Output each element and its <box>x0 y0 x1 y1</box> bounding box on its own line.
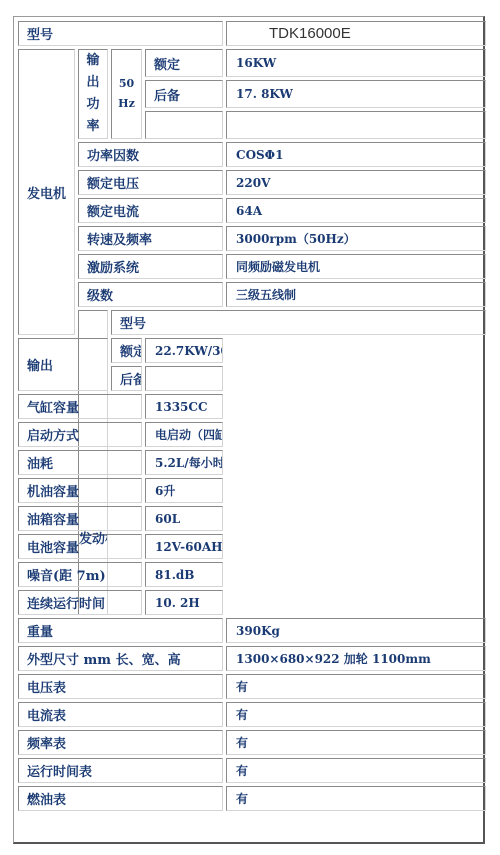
row-gen-rated: 发电机 输 出 功 率 50 Hz 额定 16KW <box>18 49 489 77</box>
gen-rated-label: 额定 <box>145 49 223 77</box>
engine-spec-value: 60L <box>145 506 223 531</box>
general-label: 外型尺寸 mm 长、宽、高 <box>18 646 223 671</box>
frequency-label: 50 Hz <box>111 49 142 139</box>
engine-spec-value: 10. 2H <box>145 590 223 615</box>
engine-spec-value: 电启动（四缸日本进口久保田水冷发动机） <box>145 422 223 447</box>
general-value: 有 <box>226 758 486 783</box>
general-label: 电压表 <box>18 674 223 699</box>
row-gen-spec: 转速及频率 3000rpm（50Hz） <box>18 226 489 251</box>
row-gen-spec: 功率因数 COSΦ1 <box>18 142 489 167</box>
row-engine-spec: 机油容量 6升 <box>18 478 489 503</box>
output-power-char: 率 <box>79 116 107 138</box>
row-general: 外型尺寸 mm 长、宽、高 1300×680×922 加轮 1100mm <box>18 646 489 671</box>
gen-spec-label: 额定电压 <box>78 170 223 195</box>
spec-table: 型号 TDK16000E 发电机 输 出 功 率 50 Hz 额定 16KW 后… <box>15 18 492 814</box>
row-model: 型号 TDK16000E <box>18 21 489 46</box>
row-general: 燃油表 有 <box>18 786 489 811</box>
row-general: 重量 390Kg <box>18 618 489 643</box>
engine-spec-label: 机油容量 <box>18 478 142 503</box>
row-gen-spec: 额定电流 64A <box>18 198 489 223</box>
row-engine-spec: 连续运行时间 10. 2H <box>18 590 489 615</box>
engine-spec-label: 油耗 <box>18 450 142 475</box>
gen-spec-label: 激励系统 <box>78 254 223 279</box>
row-general: 电流表 有 <box>18 702 489 727</box>
row-engine-spec: 气缸容量 1335CC <box>18 394 489 419</box>
gen-spec-label: 额定电流 <box>78 198 223 223</box>
general-value: 有 <box>226 786 486 811</box>
output-power-label: 输 出 功 率 <box>78 49 108 139</box>
general-label: 燃油表 <box>18 786 223 811</box>
gen-spec-value: 3000rpm（50Hz） <box>226 226 486 251</box>
row-engine-spec: 油耗 5.2L/每小时（全负载） <box>18 450 489 475</box>
output-power-char: 功 <box>79 94 107 116</box>
gen-standby-value: 17. 8KW <box>226 80 486 108</box>
engine-standby-value <box>145 366 223 391</box>
engine-spec-label: 气缸容量 <box>18 394 142 419</box>
engine-spec-value: 1335CC <box>145 394 223 419</box>
row-gen-spec: 级数 三级五线制 <box>18 282 489 307</box>
general-value: 有 <box>226 674 486 699</box>
engine-rated-value: 22.7KW/30.4PS -3000rpm <box>145 338 223 363</box>
engine-standby-label: 后备 <box>111 366 142 391</box>
gen-standby-label: 后备 <box>145 80 223 108</box>
general-value: 有 <box>226 730 486 755</box>
gen-spec-label: 级数 <box>78 282 223 307</box>
row-general: 运行时间表 有 <box>18 758 489 783</box>
engine-rated-label: 额定 <box>111 338 142 363</box>
gen-spec-value: 220V <box>226 170 486 195</box>
gen-spec-label: 功率因数 <box>78 142 223 167</box>
row-gen-spec: 激励系统 同频励磁发电机 <box>18 254 489 279</box>
frequency-unit: Hz <box>112 94 141 114</box>
engine-spec-value: 12V-60AH <box>145 534 223 559</box>
gen-spec-value: 同频励磁发电机 <box>226 254 486 279</box>
gen-rated-value: 16KW <box>226 49 486 77</box>
spec-table-frame: 型号 TDK16000E 发电机 输 出 功 率 50 Hz 额定 16KW 后… <box>13 16 485 844</box>
engine-spec-value: 6升 <box>145 478 223 503</box>
gen-blank-label <box>145 111 223 139</box>
general-label: 频率表 <box>18 730 223 755</box>
general-label: 电流表 <box>18 702 223 727</box>
gen-spec-value: COSΦ1 <box>226 142 486 167</box>
row-engine-model: 发动机 型号 日本久保田 V1305/D1005T <box>18 310 489 335</box>
gen-spec-label: 转速及频率 <box>78 226 223 251</box>
general-value: 有 <box>226 702 486 727</box>
row-general: 频率表 有 <box>18 730 489 755</box>
model-label: 型号 <box>18 21 223 46</box>
gen-spec-value: 三级五线制 <box>226 282 486 307</box>
engine-model-label: 型号 <box>111 310 486 335</box>
row-engine-rated: 输出 额定 22.7KW/30.4PS -3000rpm <box>18 338 489 363</box>
gen-blank-value <box>226 111 486 139</box>
model-value: TDK16000E <box>226 21 486 46</box>
row-general: 电压表 有 <box>18 674 489 699</box>
general-value: 390Kg <box>226 618 486 643</box>
output-power-char: 输 <box>79 50 107 72</box>
generator-group-label: 发电机 <box>18 49 75 335</box>
engine-spec-value: 81.dB <box>145 562 223 587</box>
row-engine-spec: 启动方式 电启动（四缸日本进口久保田水冷发动机） <box>18 422 489 447</box>
gen-spec-value: 64A <box>226 198 486 223</box>
engine-spec-label: 连续运行时间 <box>18 590 142 615</box>
row-gen-spec: 额定电压 220V <box>18 170 489 195</box>
output-power-char: 出 <box>79 72 107 94</box>
general-label: 运行时间表 <box>18 758 223 783</box>
engine-spec-label: 噪音(距 7m) <box>18 562 142 587</box>
engine-spec-value: 5.2L/每小时（全负载） <box>145 450 223 475</box>
row-engine-spec: 噪音(距 7m) 81.dB <box>18 562 489 587</box>
frequency-value: 50 <box>112 74 141 94</box>
engine-spec-label: 启动方式 <box>18 422 142 447</box>
general-value: 1300×680×922 加轮 1100mm <box>226 646 486 671</box>
general-label: 重量 <box>18 618 223 643</box>
engine-output-label: 输出 <box>18 338 108 391</box>
